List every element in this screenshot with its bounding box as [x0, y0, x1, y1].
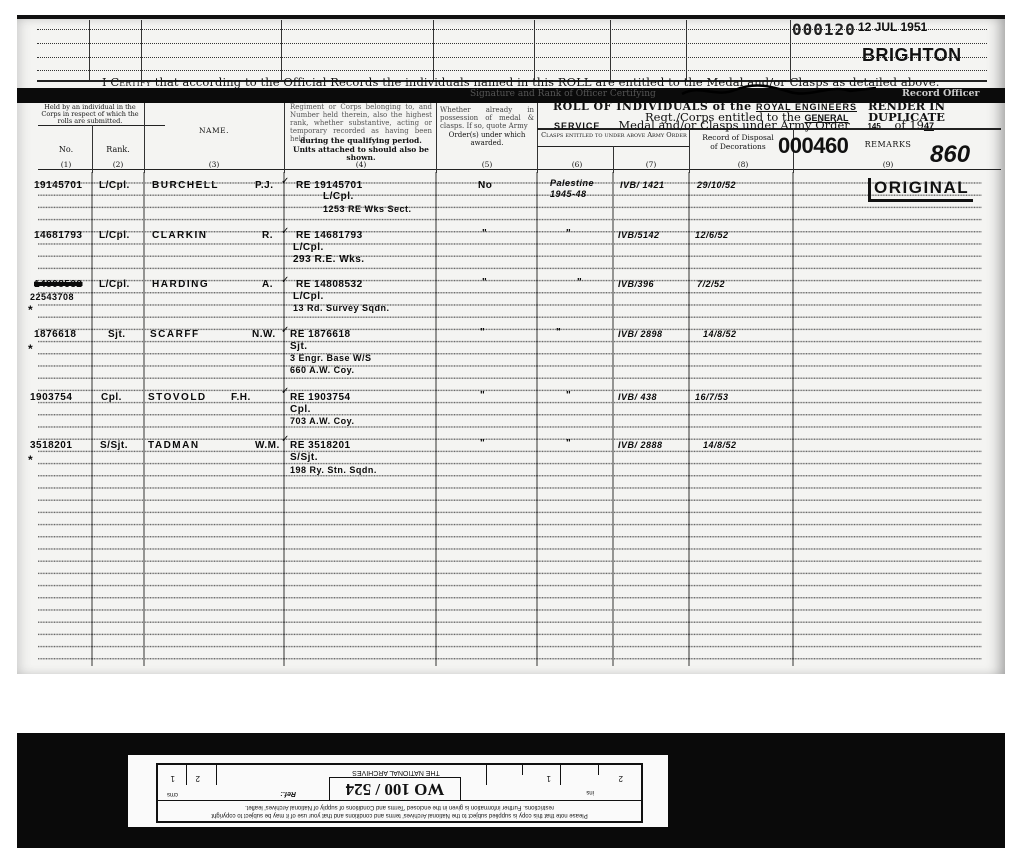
surname: CLARKIN	[152, 230, 208, 241]
regiment-line: 660 A.W. Coy.	[290, 365, 355, 375]
surname: TADMAN	[148, 440, 200, 451]
surname: SCARFF	[150, 329, 200, 340]
issue-reference: IVB/396	[618, 279, 654, 289]
regiment-line: 198 Ry. Stn. Sqdn.	[290, 465, 377, 475]
verified-check-icon: ✓	[281, 325, 290, 336]
rank: Cpl.	[101, 392, 122, 403]
disposal-date: 14/8/52	[703, 329, 737, 339]
col1-header-label: No.	[40, 145, 92, 154]
ruler-tick	[186, 765, 187, 785]
disposal-date: 29/10/52	[697, 180, 736, 190]
rank: L/Cpl.	[99, 279, 130, 290]
col5-number: (5)	[440, 160, 534, 169]
verified-check-icon: ✓	[281, 434, 290, 445]
ruler-cms-label: cms	[167, 791, 178, 797]
ruler-tick	[598, 765, 599, 775]
ruler-tick	[522, 765, 523, 775]
col4-number: (4)	[290, 160, 432, 169]
disposal-date: 14/8/52	[703, 440, 737, 450]
struck-service-number: 14808532	[34, 279, 83, 290]
institution-name: THE NATIONAL ARCHIVES	[331, 769, 461, 776]
col3-header-label: NAME.	[145, 126, 283, 135]
clasp: "	[566, 228, 571, 239]
ruler-cm-1: 1	[171, 774, 175, 783]
regiment-line: 293 R.E. Wks.	[293, 254, 365, 265]
already-in-possession: "	[480, 327, 485, 338]
service-number: 22543708	[30, 292, 74, 302]
disposal-date: 16/7/53	[695, 392, 729, 402]
date-stamp: 12 JUL 1951	[858, 20, 927, 34]
already-in-possession: "	[480, 438, 485, 449]
issue-reference: IVB/ 2898	[618, 329, 663, 339]
copyright-notice: Please note that this copy is supplied s…	[162, 803, 637, 819]
signature-line-label: Signature and Rank of Officer Certifying	[470, 89, 656, 99]
regiment-line: RE 14808532	[296, 279, 363, 290]
disposal-stamp-number: 000460	[778, 133, 848, 159]
initials: R.	[262, 230, 273, 241]
col5-header-faint: Whether already in possession of medal &…	[440, 106, 534, 130]
surname: STOVOLD	[148, 392, 207, 403]
col3-number: (3)	[145, 160, 283, 169]
initials: F.H.	[231, 392, 251, 403]
already-in-possession: "	[480, 390, 485, 401]
regiment-line: Sjt.	[290, 341, 308, 352]
already-in-possession: "	[482, 277, 487, 288]
surname: BURCHELL	[152, 180, 219, 191]
issue-reference: IVB/ 438	[618, 392, 657, 402]
signatory-title: Record Officer	[902, 88, 980, 99]
location-stamp: BRIGHTON	[862, 45, 962, 66]
col8-header-label: Record of Disposal of Decorations	[700, 133, 776, 151]
col9-number: (9)	[862, 160, 914, 169]
regiment-line: RE 3518201	[290, 440, 351, 451]
initials: W.M.	[255, 440, 280, 451]
col5-header-bold: Order(s) under which awarded.	[440, 131, 534, 147]
ruler-ins-label: ins	[586, 789, 594, 795]
regiment-line: L/Cpl.	[293, 291, 324, 302]
regiment-line: RE 19145701	[296, 180, 363, 191]
issue-reference: IVB/ 2888	[618, 440, 663, 450]
initials: P.J.	[255, 180, 274, 191]
col2-number: (2)	[93, 160, 143, 169]
service-number: 19145701	[34, 180, 83, 191]
regiment-line: S/Sjt.	[290, 452, 318, 463]
archive-reference-label: Please note that this copy is supplied s…	[128, 755, 668, 827]
service-number: 14681793	[34, 230, 83, 241]
verified-check-icon: ✓	[281, 226, 290, 237]
clasp: "	[566, 438, 571, 449]
verified-check-icon: ✓	[281, 275, 290, 286]
regiment-line: 3 Engr. Base W/S	[290, 353, 372, 363]
rank: S/Sjt.	[100, 440, 128, 451]
regiment-line: 13 Rd. Survey Sqdn.	[293, 303, 390, 313]
top-serial-stamp: 000120	[792, 20, 856, 39]
initials: A.	[262, 279, 273, 290]
clasp: "	[566, 390, 571, 401]
col1-number: (1)	[40, 160, 92, 169]
ruler-in-2: 2	[619, 774, 623, 783]
page-number: 860	[930, 141, 970, 169]
regiment-line: RE 14681793	[296, 230, 363, 241]
ruler-tick	[486, 765, 487, 785]
surname: HARDING	[152, 279, 209, 290]
clasp: "	[556, 327, 561, 338]
clasp: "	[577, 277, 582, 288]
roll-service-fill: SERVICE	[554, 121, 600, 131]
issue-reference: IVB/5142	[618, 230, 660, 240]
label-divider	[158, 800, 641, 801]
clasp: Palestine 1945-48	[550, 178, 600, 200]
col7-number: (7)	[614, 160, 688, 169]
archive-reference: WO 100 / 524	[329, 777, 461, 800]
col8-number: (8)	[692, 160, 794, 169]
verified-check-icon: ✓	[281, 176, 290, 187]
ruler-tick	[560, 765, 561, 785]
ruler-cm-2: 2	[196, 774, 200, 783]
marker-asterisk: *	[28, 342, 33, 356]
rank: L/Cpl.	[99, 230, 130, 241]
archive-label-frame: Please note that this copy is supplied s…	[156, 763, 643, 823]
regiment-line: 703 A.W. Coy.	[290, 416, 355, 426]
rank: L/Cpl.	[99, 180, 130, 191]
col9-header-label: REMARKS	[862, 140, 914, 149]
ruler-in-1: 1	[547, 774, 551, 783]
ref-label: Ref.:	[280, 790, 296, 797]
regiment-line: RE 1903754	[290, 392, 351, 403]
disposal-date: 12/6/52	[695, 230, 729, 240]
regiment-line: L/Cpl.	[323, 191, 354, 202]
issue-reference: IVB/ 1421	[620, 180, 665, 190]
col1-header-note: Held by an individual in the Corps in re…	[40, 104, 140, 125]
marker-asterisk: *	[28, 303, 33, 317]
service-number: 1876618	[34, 329, 76, 340]
disposal-date: 7/2/52	[697, 279, 725, 289]
already-in-possession: No	[478, 180, 492, 191]
regiment-line: L/Cpl.	[293, 242, 324, 253]
col4-header-bold: during the qualifying period. Units atta…	[290, 137, 432, 163]
already-in-possession: "	[482, 228, 487, 239]
initials: N.W.	[252, 329, 276, 340]
ruled-table-grid	[17, 172, 1005, 669]
regiment-line: 1253 RE Wks Sect.	[323, 204, 412, 214]
col6-number: (6)	[540, 160, 614, 169]
original-stamp: ORIGINAL	[868, 178, 973, 202]
col2-header-label: Rank.	[93, 145, 143, 154]
col6-7-header-label: Clasps entitled to under above Army Orde…	[540, 131, 688, 139]
marker-asterisk: *	[28, 453, 33, 467]
signature-icon	[680, 82, 880, 100]
service-number: 1903754	[30, 392, 72, 403]
regiment-line: Cpl.	[290, 404, 311, 415]
verified-check-icon: ✓	[281, 386, 290, 397]
ruler-tick	[216, 765, 217, 785]
render-in-duplicate-note: RENDER IN DUPLICATE	[868, 101, 945, 123]
rank: Sjt.	[108, 329, 126, 340]
service-number: 3518201	[30, 440, 72, 451]
regiment-line: RE 1876618	[290, 329, 351, 340]
